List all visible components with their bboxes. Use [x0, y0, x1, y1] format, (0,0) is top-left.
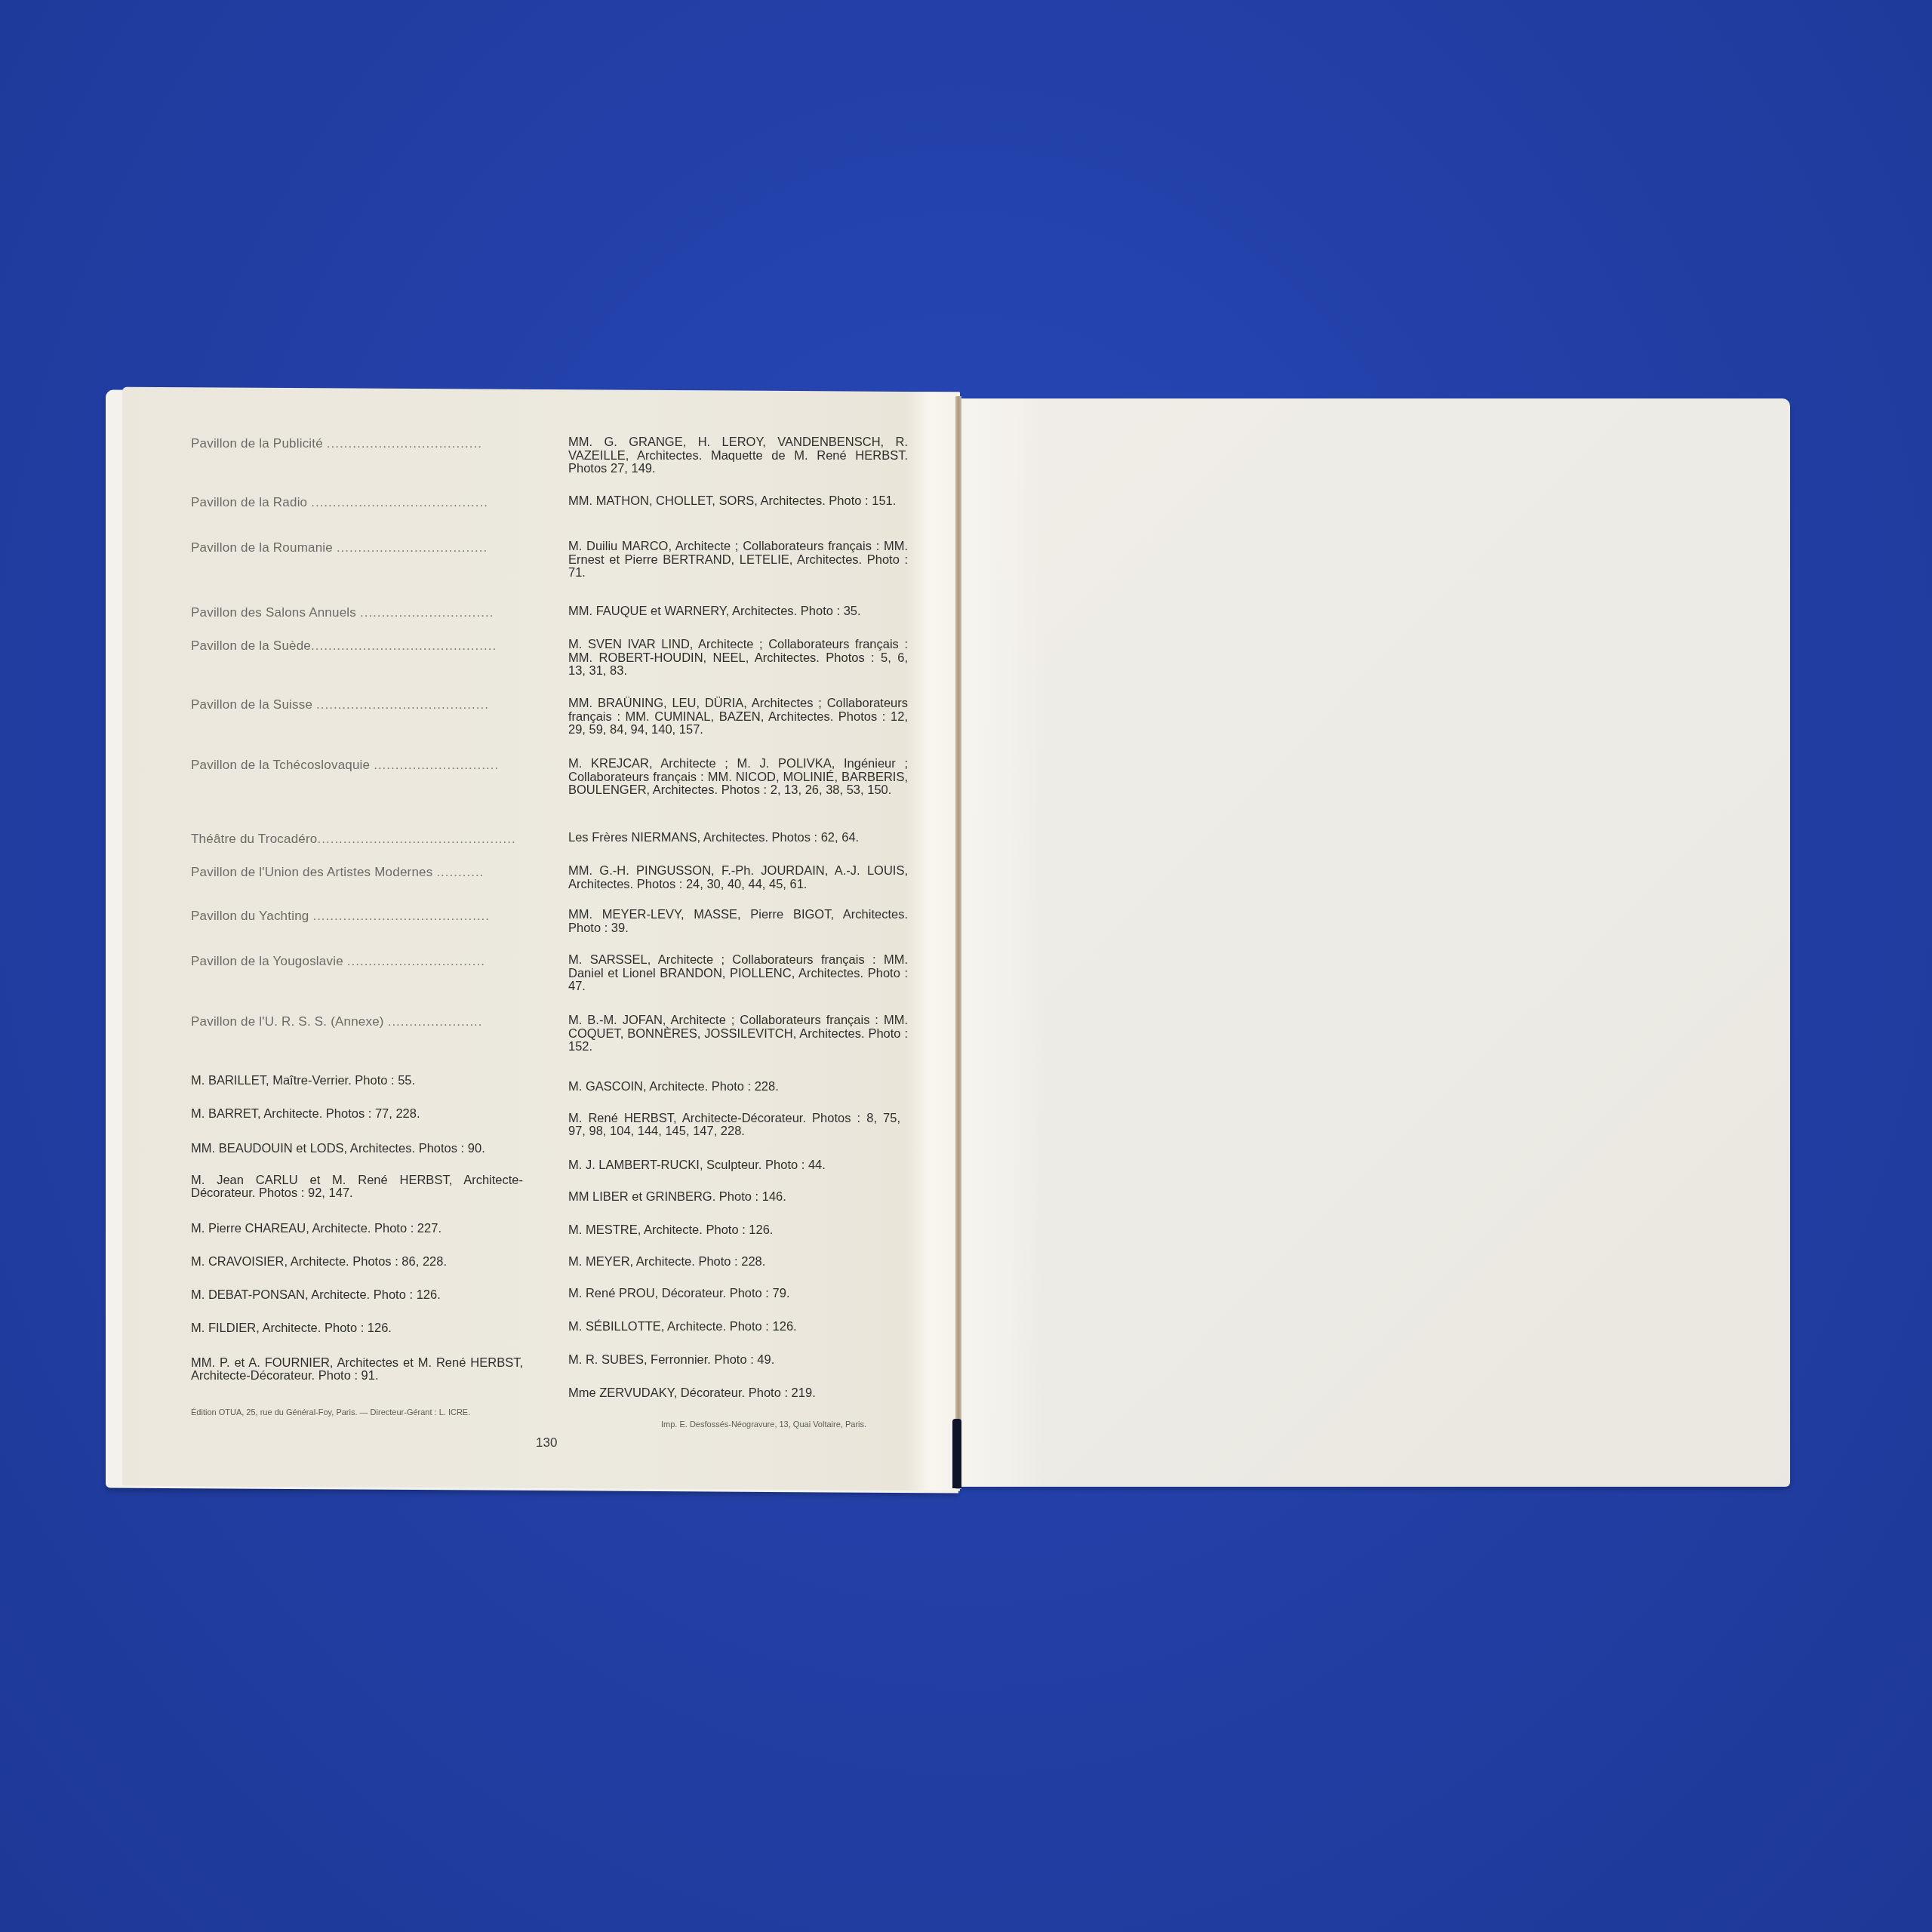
pavilion-credits: MM. G.-H. PINGUSSON, F.-Ph. JOURDAIN, A.… — [568, 865, 908, 891]
credit-entry: Mme ZERVUDAKY, Décorateur. Photo : 219. — [568, 1387, 900, 1400]
credit-entry: M. MESTRE, Architecte. Photo : 126. — [568, 1224, 900, 1237]
pavilion-name: Pavillon de la Yougoslavie .............… — [191, 954, 538, 969]
pavilion-name: Pavillon de la Roumanie ................… — [191, 540, 538, 555]
credit-entry: M. GASCOIN, Architecte. Photo : 228. — [568, 1081, 900, 1094]
pavilion-credits: M. KREJCAR, Architecte ; M. J. POLIVKA, … — [568, 758, 908, 798]
publisher-imprint: Édition OTUA, 25, rue du Général-Foy, Pa… — [191, 1408, 470, 1417]
credit-entry: M. FILDIER, Architecte. Photo : 126. — [191, 1322, 523, 1335]
pavilion-credits: MM. MEYER-LEVY, MASSE, Pierre BIGOT, Arc… — [568, 909, 908, 935]
credit-entry: M. CRAVOISIER, Architecte. Photos : 86, … — [191, 1256, 523, 1269]
credit-entry: MM. P. et A. FOURNIER, Architectes et M.… — [191, 1357, 523, 1383]
pavilion-credits: M. SARSSEL, Architecte ; Collaborateurs … — [568, 954, 908, 994]
pavilion-name: Pavillon de la Suisse ..................… — [191, 697, 538, 712]
pavilion-name: Pavillon de la Publicité ...............… — [191, 436, 538, 451]
credit-entry: M. BARILLET, Maître-Verrier. Photo : 55. — [191, 1075, 523, 1088]
credit-entry: M. René HERBST, Architecte-Décorateur. P… — [568, 1112, 900, 1138]
pavilion-name: Pavillon de la Suède....................… — [191, 638, 538, 654]
credit-entry: MM. BEAUDOUIN et LODS, Architectes. Phot… — [191, 1143, 523, 1155]
credit-entry: MM LIBER et GRINBERG. Photo : 146. — [568, 1191, 900, 1204]
spine-tear-notch — [952, 1419, 961, 1488]
open-book: Pavillon de la Publicité ...............… — [0, 0, 1932, 1932]
credit-entry: M. J. LAMBERT-RUCKI, Sculpteur. Photo : … — [568, 1159, 900, 1172]
pavilion-credits: M. B.-M. JOFAN, Architecte ; Collaborate… — [568, 1014, 908, 1054]
pavilion-name: Pavillon de la Tchécoslovaquie .........… — [191, 758, 538, 773]
pavilion-name: Pavillon de l'Union des Artistes Moderne… — [191, 865, 538, 880]
credit-entry: M. SÉBILLOTTE, Architecte. Photo : 126. — [568, 1321, 900, 1334]
pavilion-name: Pavillon des Salons Annuels ............… — [191, 605, 538, 620]
pavilion-credits: Les Frères NIERMANS, Architectes. Photos… — [568, 832, 908, 845]
credit-entry: M. DEBAT-PONSAN, Architecte. Photo : 126… — [191, 1289, 523, 1302]
credit-entry: M. R. SUBES, Ferronnier. Photo : 49. — [568, 1354, 900, 1367]
pavilion-name: Théâtre du Trocadéro....................… — [191, 832, 538, 847]
pavilion-name: Pavillon du Yachting ...................… — [191, 909, 538, 924]
pavilion-name: Pavillon de la Radio ...................… — [191, 495, 538, 510]
pavilion-credits: MM. G. GRANGE, H. LEROY, VANDENBENSCH, R… — [568, 436, 908, 476]
printer-imprint: Imp. E. Desfossés-Néogravure, 13, Quai V… — [661, 1420, 866, 1429]
pavilion-credits: MM. BRAÜNING, LEU, DÜRIA, Architectes ; … — [568, 697, 908, 737]
credit-entry: M. MEYER, Architecte. Photo : 228. — [568, 1256, 900, 1269]
pavilion-credits: M. Duiliu MARCO, Architecte ; Collaborat… — [568, 540, 908, 580]
page-number: 130 — [536, 1435, 557, 1451]
pavilion-credits: MM. FAUQUE et WARNERY, Architectes. Phot… — [568, 605, 908, 619]
torn-spine — [955, 396, 961, 1489]
credit-entry: M. René PROU, Décorateur. Photo : 79. — [568, 1287, 900, 1300]
pavilion-name: Pavillon de l'U. R. S. S. (Annexe) .....… — [191, 1014, 538, 1029]
pavilion-credits: MM. MATHON, CHOLLET, SORS, Architectes. … — [568, 495, 908, 509]
right-page-blank-cover — [960, 398, 1790, 1487]
pavilion-credits: M. SVEN IVAR LIND, Architecte ; Collabor… — [568, 638, 908, 678]
credit-entry: M. Jean CARLU et M. René HERBST, Archite… — [191, 1174, 523, 1200]
credit-entry: M. BARRET, Architecte. Photos : 77, 228. — [191, 1108, 523, 1121]
credit-entry: M. Pierre CHAREAU, Architecte. Photo : 2… — [191, 1223, 523, 1235]
